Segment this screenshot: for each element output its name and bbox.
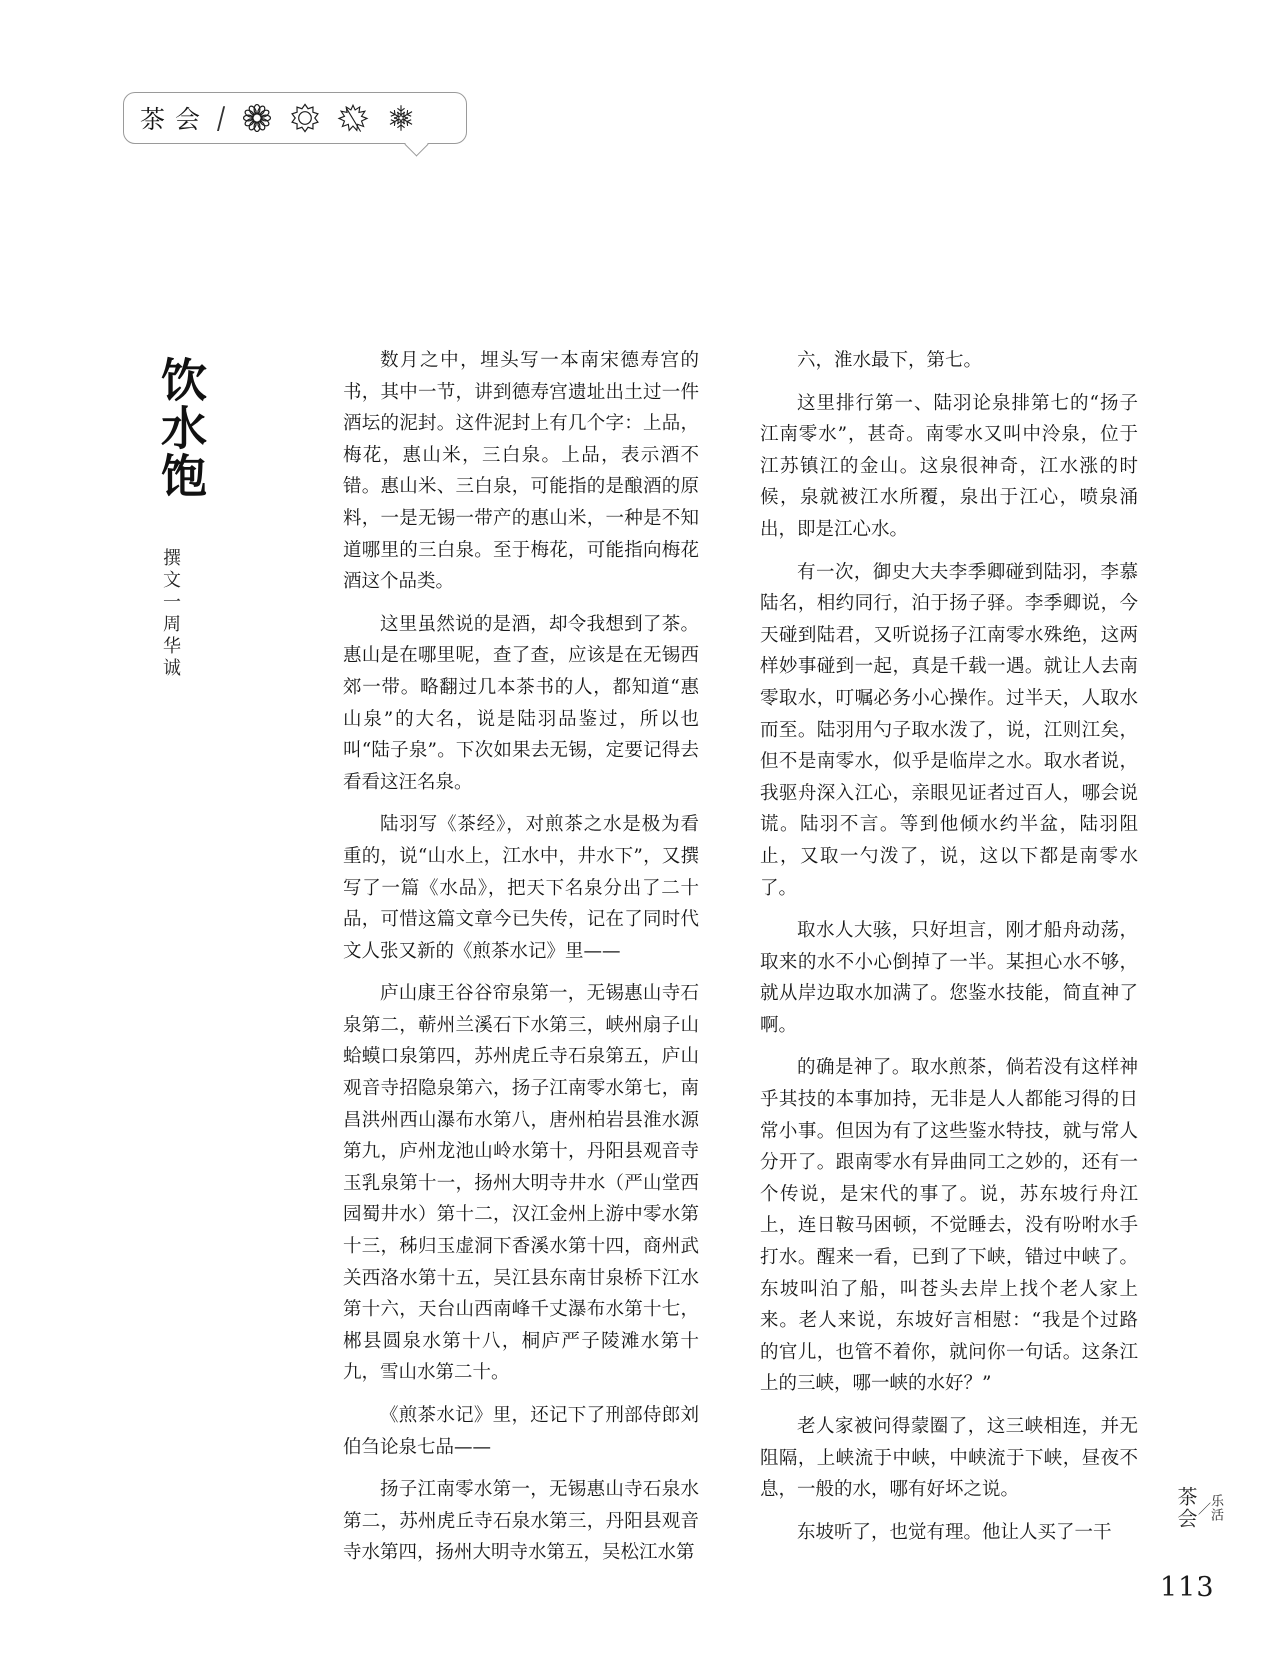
paragraph: 的确是神了。取水煎茶，倘若没有这样神乎其技的本事加持，无非是人人都能习得的日常小… xyxy=(760,1052,1138,1400)
folio-label-large: 茶会 xyxy=(1176,1486,1196,1530)
paragraph: 老人家被问得蒙圈了，这三峡相连，并无阻隔，上峡流于中峡，中峡流于下峡，昼夜不息，… xyxy=(760,1411,1138,1506)
maple-leaf-icon xyxy=(336,101,370,135)
section-label: 茶会 xyxy=(140,100,210,136)
paragraph: 有一次，御史大夫李季卿碰到陆羽，李慕陆名，相约同行，泊于扬子驿。李季卿说，今天碰… xyxy=(760,557,1138,905)
paragraph: 这里虽然说的是酒，却令我想到了茶。惠山是在哪里呢，查了查，应该是在无锡西郊一带。… xyxy=(343,609,699,799)
paragraph: 这里排行第一、陆羽论泉排第七的“扬子江南零水”，甚奇。南零水又叫中泠泉，位于江苏… xyxy=(760,388,1138,546)
folio-section-label: 乐活 ／ 茶会 xyxy=(1176,1486,1222,1530)
flower-icon xyxy=(240,101,274,135)
season-icons xyxy=(240,101,418,135)
article-title: 饮水饱 xyxy=(148,356,214,500)
paragraph: 数月之中，埋头写一本南宋德寿宫的书，其中一节，讲到德寿宫遗址出土过一件酒坛的泥封… xyxy=(343,345,699,598)
text-column-2: 六，淮水最下，第七。 这里排行第一、陆羽论泉排第七的“扬子江南零水”，甚奇。南零… xyxy=(760,345,1138,1559)
article-byline: 撰文一周华诚 xyxy=(157,548,183,680)
paragraph: 庐山康王谷谷帘泉第一，无锡惠山寺石泉第二，蕲州兰溪石下水第三，峡州扇子山蛤蟆口泉… xyxy=(343,978,699,1389)
text-column-1: 数月之中，埋头写一本南宋德寿宫的书，其中一节，讲到德寿宫遗址出土过一件酒坛的泥封… xyxy=(343,345,699,1580)
paragraph: 东坡听了，也觉有理。他让人买了一干 xyxy=(760,1517,1138,1549)
paragraph: 扬子江南零水第一，无锡惠山寺石泉水第二，苏州虎丘寺石泉水第三，丹阳县观音寺水第四… xyxy=(343,1474,699,1569)
paragraph: 《煎茶水记》里，还记下了刑部侍郎刘伯刍论泉七品—— xyxy=(343,1400,699,1463)
folio-label-small: 乐活 xyxy=(1209,1494,1222,1522)
section-header-tab: 茶会 / xyxy=(123,92,467,144)
header-tab-pointer xyxy=(404,132,428,156)
magazine-page: 茶会 / xyxy=(0,0,1280,1675)
snowflake-icon xyxy=(384,101,418,135)
header-separator: / xyxy=(217,101,225,136)
page-number: 113 xyxy=(1160,1572,1215,1603)
paragraph: 六，淮水最下，第七。 xyxy=(760,345,1138,377)
sun-icon xyxy=(288,101,322,135)
paragraph: 取水人大骇，只好坦言，刚才船舟动荡，取来的水不小心倒掉了一半。某担心水不够，就从… xyxy=(760,915,1138,1041)
paragraph: 陆羽写《茶经》，对煎茶之水是极为看重的，说“山水上，江水中，井水下”，又撰写了一… xyxy=(343,809,699,967)
